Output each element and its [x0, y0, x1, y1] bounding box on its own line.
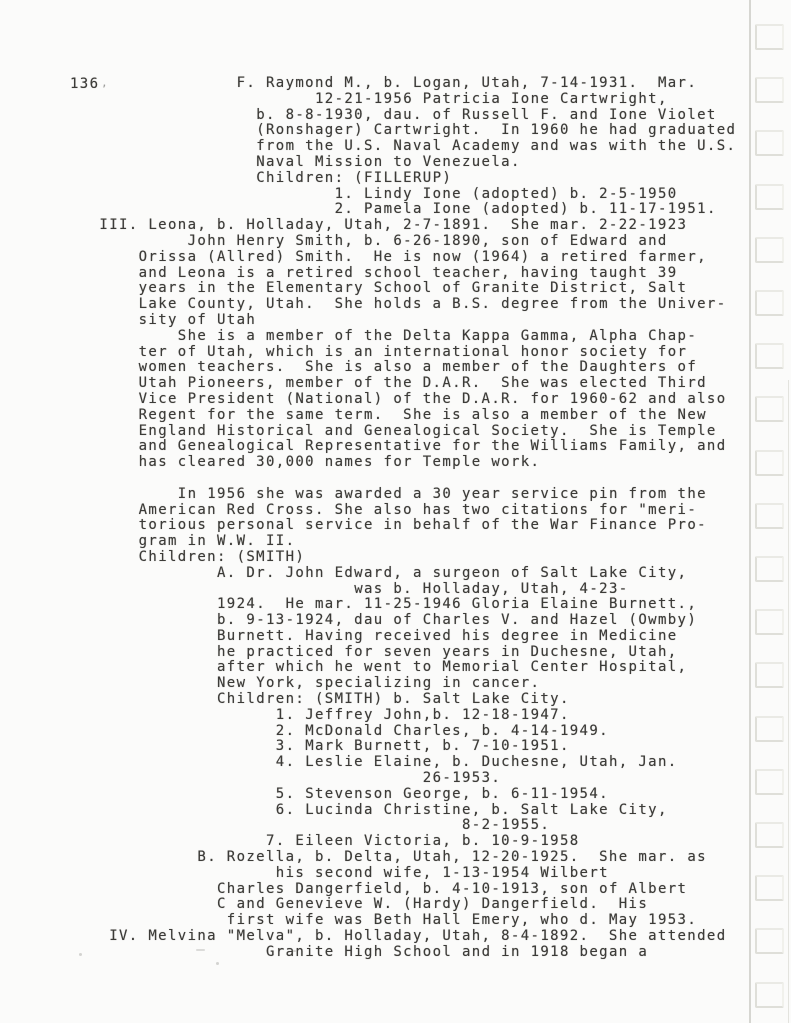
text-line: 8-2-1955. [70, 818, 736, 834]
binding-hole-mark [755, 450, 784, 476]
text-line: his second wife, 1-13-1954 Wilbert [70, 866, 736, 882]
binding-hole-mark [755, 290, 784, 316]
text-line: In 1956 she was awarded a 30 year servic… [70, 487, 736, 503]
binding-hole-mark [755, 130, 784, 156]
text-line: 1. Lindy Ione (adopted) b. 2-5-1950 [70, 187, 736, 203]
text-line: from the U.S. Naval Academy and was with… [70, 139, 736, 155]
text-line: 7. Eileen Victoria, b. 10-9-1958 [70, 834, 736, 850]
binding-hole-mark [755, 609, 784, 635]
binding-hole-mark [755, 662, 784, 688]
text-line: Orissa (Allred) Smith. He is now (1964) … [70, 250, 736, 266]
text-line: Children: (FILLERUP) [70, 171, 736, 187]
text-line: 1. Jeffrey John,b. 12-18-1947. [70, 708, 736, 724]
text-line: torious personal service in behalf of th… [70, 518, 736, 534]
text-line: sity of Utah [70, 313, 736, 329]
text-line: Charles Dangerfield, b. 4-10-1913, son o… [70, 882, 736, 898]
stray-mark [562, 954, 565, 956]
text-line: was b. Holladay, Utah, 4-23- [70, 582, 736, 598]
text-line: women teachers. She is also a member of … [70, 360, 736, 376]
text-line: A. Dr. John Edward, a surgeon of Salt La… [70, 566, 736, 582]
text-line: Granite High School and in 1918 began a [70, 945, 736, 961]
binding-hole-mark [755, 396, 784, 422]
text-line: first wife was Beth Hall Emery, who d. M… [70, 913, 736, 929]
text-line: 5. Stevenson George, b. 6-11-1954. [70, 787, 736, 803]
binding-hole-mark [755, 928, 784, 954]
text-line: Vice President (National) of the D.A.R. … [70, 392, 736, 408]
text-line: New York, specializing in cancer. [70, 676, 736, 692]
text-line: Naval Mission to Venezuela. [70, 155, 736, 171]
text-line: 4. Leslie Elaine, b. Duchesne, Utah, Jan… [70, 755, 736, 771]
binding-hole-mark [755, 769, 784, 795]
text-line: (Ronshager) Cartwright. In 1960 he had g… [70, 123, 736, 139]
page-scan: 136, F. Raymond M., b. Logan, Utah, 7-14… [0, 0, 791, 1023]
text-line: C and Genevieve W. (Hardy) Dangerfield. … [70, 897, 736, 913]
binding-hole-mark [755, 556, 784, 582]
text-line: 1924. He mar. 11-25-1946 Gloria Elaine B… [70, 597, 736, 613]
binding-hole-mark [755, 982, 784, 1008]
text-line: has cleared 30,000 names for Temple work… [70, 455, 736, 471]
text-line: 6. Lucinda Christine, b. Salt Lake City, [70, 803, 736, 819]
text-line: Lake County, Utah. She holds a B.S. degr… [70, 297, 736, 313]
text-line: John Henry Smith, b. 6-26-1890, son of E… [70, 234, 736, 250]
text-line: 26-1953. [70, 771, 736, 787]
binding-hole-mark [755, 77, 784, 103]
text-line: Children: (SMITH) b. Salt Lake City. [70, 692, 736, 708]
text-line: and Leona is a retired school teacher, h… [70, 266, 736, 282]
text-line: 12-21-1956 Patricia Ione Cartwright, [70, 92, 736, 108]
text-line: 3. Mark Burnett, b. 7-10-1951. [70, 739, 736, 755]
document-text: F. Raymond M., b. Logan, Utah, 7-14-1931… [70, 76, 736, 961]
text-line: She is a member of the Delta Kappa Gamma… [70, 329, 736, 345]
text-line: IV. Melvina "Melva", b. Holladay, Utah, … [70, 929, 736, 945]
text-line: he practiced for seven years in Duchesne… [70, 645, 736, 661]
text-line: 2. Pamela Ione (adopted) b. 11-17-1951. [70, 202, 736, 218]
text-line: F. Raymond M., b. Logan, Utah, 7-14-1931… [70, 76, 736, 92]
binding-hole-mark [755, 24, 784, 50]
scanned-document-page: { "page": { "number": "136", "number_mar… [0, 0, 791, 1023]
text-line: Burnett. Having received his degree in M… [70, 629, 736, 645]
binding-hole-mark [755, 822, 784, 848]
binding-hole-mark [755, 875, 784, 901]
text-line: III. Leona, b. Holladay, Utah, 2-7-1891.… [70, 218, 736, 234]
stray-mark [196, 949, 205, 951]
text-line: 2. McDonald Charles, b. 4-14-1949. [70, 724, 736, 740]
text-line [70, 471, 736, 487]
binding-hole-mark [755, 237, 784, 263]
text-line: ter of Utah, which is an international h… [70, 345, 736, 361]
stray-mark [216, 962, 219, 965]
text-line: years in the Elementary School of Granit… [70, 281, 736, 297]
text-line: Utah Pioneers, member of the D.A.R. She … [70, 376, 736, 392]
text-line: gram in W.W. II. [70, 534, 736, 550]
text-line: American Red Cross. She also has two cit… [70, 503, 736, 519]
binding-hole-mark [755, 716, 784, 742]
stray-mark [293, 950, 296, 952]
binding-hole-mark [755, 343, 784, 369]
text-line: Regent for the same term. She is also a … [70, 408, 736, 424]
text-line: Children: (SMITH) [70, 550, 736, 566]
page-edge-line [749, 0, 751, 1023]
text-line: and Genealogical Representative for the … [70, 439, 736, 455]
stray-mark [79, 953, 82, 956]
binding-hole-mark [755, 503, 784, 529]
binding-hole-mark [755, 184, 784, 210]
text-line: England Historical and Genealogical Soci… [70, 424, 736, 440]
text-line: B. Rozella, b. Delta, Utah, 12-20-1925. … [70, 850, 736, 866]
scan-edge-line [788, 380, 789, 1023]
text-line: b. 8-8-1930, dau. of Russell F. and Ione… [70, 108, 736, 124]
text-line: b. 9-13-1924, dau of Charles V. and Haze… [70, 613, 736, 629]
text-line: after which he went to Memorial Center H… [70, 660, 736, 676]
